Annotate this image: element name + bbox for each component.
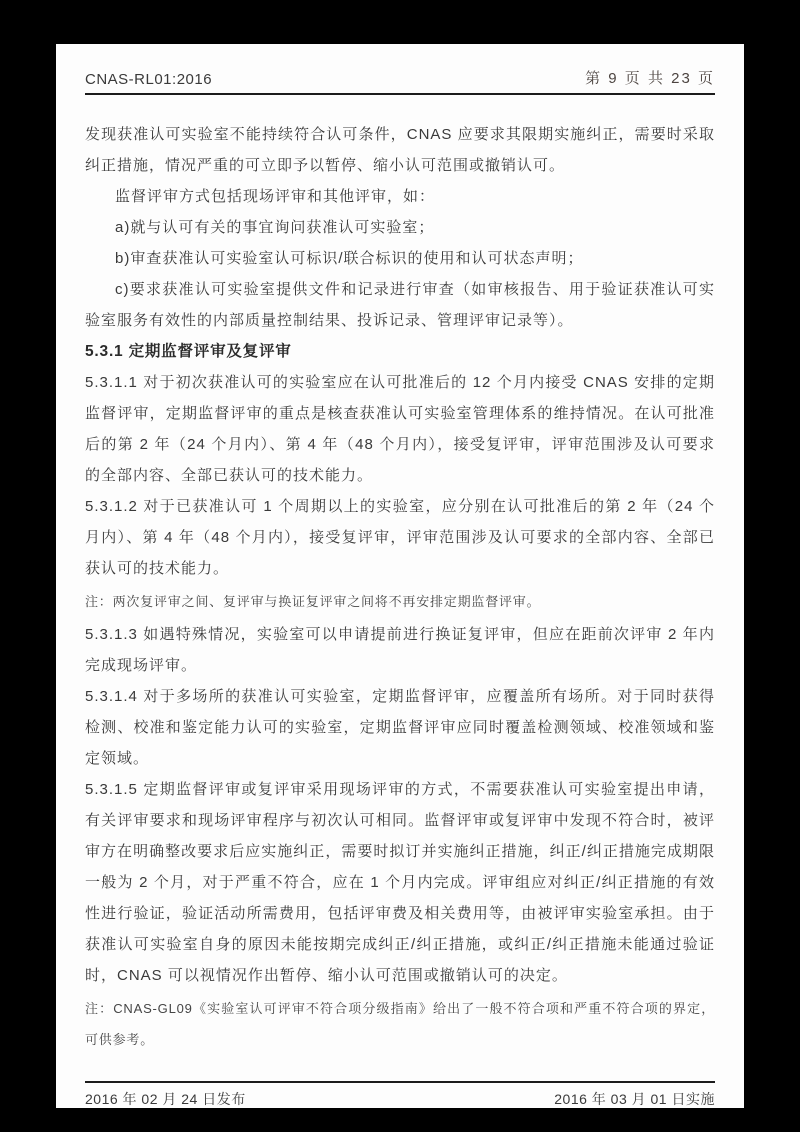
page-header: CNAS-RL01:2016 第 9 页 共 23 页	[85, 44, 715, 95]
body-paragraph: 5.3.1.3 如遇特殊情况，实验室可以申请提前进行换证复评审，但应在距前次评审…	[85, 619, 715, 681]
note-paragraph: 注：两次复评审之间、复评审与换证复评审之间将不再安排定期监督评审。	[85, 586, 715, 617]
document-body: 发现获准认可实验室不能持续符合认可条件，CNAS 应要求其限期实施纠正，需要时采…	[85, 95, 715, 1055]
section-heading: 5.3.1 定期监督评审及复评审	[85, 336, 715, 367]
viewer-background: CNAS-RL01:2016 第 9 页 共 23 页 发现获准认可实验室不能持…	[0, 0, 800, 1132]
page-indicator: 第 9 页 共 23 页	[585, 67, 715, 88]
body-paragraph: 5.3.1.4 对于多场所的获准认可实验室，定期监督评审，应覆盖所有场所。对于同…	[85, 681, 715, 774]
doc-number: CNAS-RL01:2016	[85, 71, 212, 88]
body-paragraph: 监督评审方式包括现场评审和其他评审，如：	[85, 181, 715, 212]
note-paragraph: 注：CNAS-GL09《实验室认可评审不符合项分级指南》给出了一般不符合项和严重…	[85, 993, 715, 1055]
body-paragraph: 发现获准认可实验室不能持续符合认可条件，CNAS 应要求其限期实施纠正，需要时采…	[85, 119, 715, 181]
body-paragraph: 5.3.1.1 对于初次获准认可的实验室应在认可批准后的 12 个月内接受 CN…	[85, 367, 715, 491]
body-paragraph: b)审查获准认可实验室认可标识/联合标识的使用和认可状态声明；	[85, 243, 715, 274]
body-paragraph: 5.3.1.2 对于已获准认可 1 个周期以上的实验室，应分别在认可批准后的第 …	[85, 491, 715, 584]
body-paragraph: a)就与认可有关的事宜询问获准认可实验室；	[85, 212, 715, 243]
implementation-date: 2016 年 03 月 01 日实施	[554, 1089, 715, 1109]
document-page: CNAS-RL01:2016 第 9 页 共 23 页 发现获准认可实验室不能持…	[56, 44, 744, 1108]
issue-date: 2016 年 02 月 24 日发布	[85, 1089, 246, 1109]
body-paragraph: c)要求获准认可实验室提供文件和记录进行审查（如审核报告、用于验证获准认可实验室…	[85, 274, 715, 336]
page-footer: 2016 年 02 月 24 日发布 2016 年 03 月 01 日实施	[85, 1081, 715, 1109]
body-paragraph: 5.3.1.5 定期监督评审或复评审采用现场评审的方式，不需要获准认可实验室提出…	[85, 774, 715, 991]
